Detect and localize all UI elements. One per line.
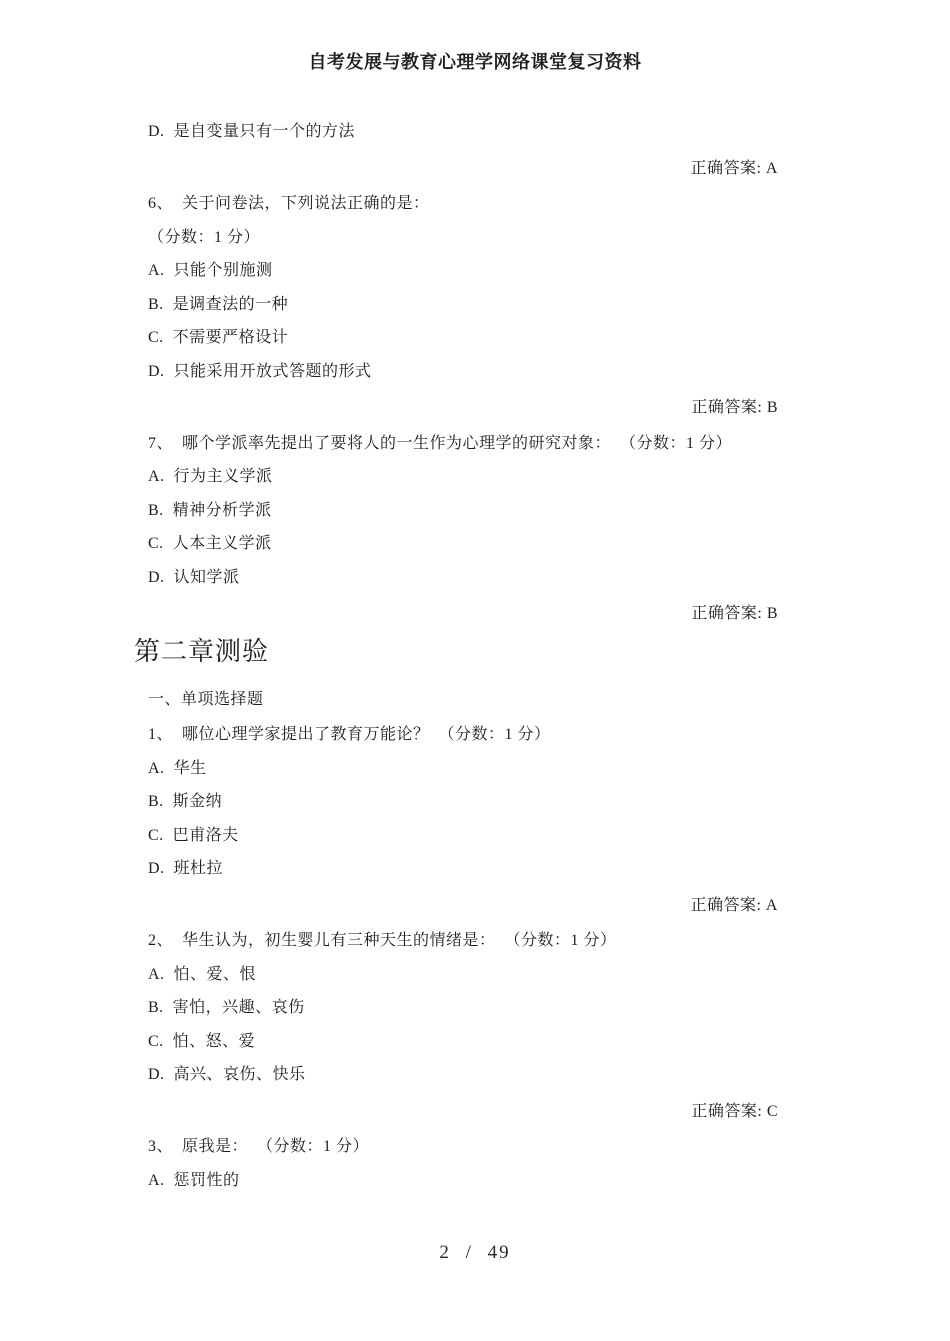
question5-answer: 正确答案: A xyxy=(148,152,778,186)
ch2-question3-stem: 3、 原我是： （分数：1 分） xyxy=(148,1130,778,1164)
question5-option-d: D. 是自变量只有一个的方法 xyxy=(148,115,778,149)
ch2-question2-option-b: B. 害怕，兴趣、哀伤 xyxy=(148,991,778,1025)
document-title: 自考发展与教育心理学网络课堂复习资料 xyxy=(0,50,950,74)
question7-stem: 7、 哪个学派率先提出了要将人的一生作为心理学的研究对象： （分数：1 分） xyxy=(148,427,778,461)
ch2-question1-answer: 正确答案: A xyxy=(148,889,778,923)
document-body: D. 是自变量只有一个的方法 正确答案: A 6、 关于问卷法，下列说法正确的是… xyxy=(148,115,778,1197)
question7-option-b: B. 精神分析学派 xyxy=(148,494,778,528)
chapter2-heading: 第二章测验 xyxy=(134,633,778,671)
page-number: 2 / 49 xyxy=(0,1242,950,1264)
ch2-question2-stem: 2、 华生认为，初生婴儿有三种天生的情绪是： （分数：1 分） xyxy=(148,924,778,958)
ch2-question1-option-a: A. 华生 xyxy=(148,752,778,786)
question6-score: （分数：1 分） xyxy=(148,221,778,255)
document-page: 自考发展与教育心理学网络课堂复习资料 D. 是自变量只有一个的方法 正确答案: … xyxy=(0,0,950,1341)
ch2-question2-option-a: A. 怕、爱、恨 xyxy=(148,958,778,992)
question7-answer: 正确答案: B xyxy=(148,597,778,631)
question7-option-d: D. 认知学派 xyxy=(148,561,778,595)
question6-option-b: B. 是调查法的一种 xyxy=(148,288,778,322)
question7-option-a: A. 行为主义学派 xyxy=(148,460,778,494)
ch2-question1-option-c: C. 巴甫洛夫 xyxy=(148,819,778,853)
question6-option-c: C. 不需要严格设计 xyxy=(148,321,778,355)
ch2-question1-stem: 1、 哪位心理学家提出了教育万能论？ （分数：1 分） xyxy=(148,718,778,752)
ch2-question1-option-d: D. 班杜拉 xyxy=(148,852,778,886)
ch2-question2-answer: 正确答案: C xyxy=(148,1095,778,1129)
question6-stem: 6、 关于问卷法，下列说法正确的是： xyxy=(148,187,778,221)
question7-option-c: C. 人本主义学派 xyxy=(148,527,778,561)
question6-answer: 正确答案: B xyxy=(148,391,778,425)
question6-option-a: A. 只能个别施测 xyxy=(148,254,778,288)
ch2-question3-option-a: A. 惩罚性的 xyxy=(148,1164,778,1198)
question6-option-d: D. 只能采用开放式答题的形式 xyxy=(148,355,778,389)
ch2-question2-option-d: D. 高兴、哀伤、快乐 xyxy=(148,1058,778,1092)
chapter2-section-heading: 一、单项选择题 xyxy=(148,683,778,717)
ch2-question1-option-b: B. 斯金纳 xyxy=(148,785,778,819)
ch2-question2-option-c: C. 怕、怒、爱 xyxy=(148,1025,778,1059)
